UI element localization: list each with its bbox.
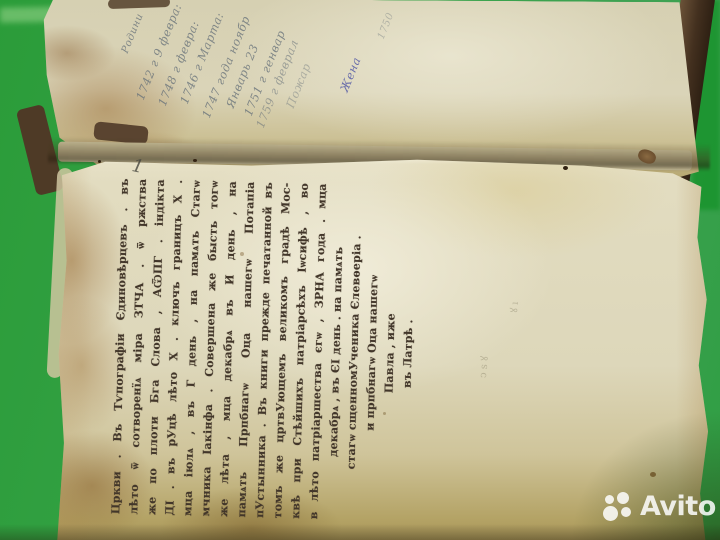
ink-bleed-mark: ꙋ ı: [506, 301, 521, 313]
foxing-speck: [98, 160, 101, 163]
printed-colophon-text: Цркви . Въ Тѵпографіи Єдиновѣрцевъ . въл…: [107, 178, 422, 522]
avito-watermark: Avito: [603, 492, 716, 522]
foxing-speck: [650, 472, 656, 477]
photo-antique-book: Родини1742 г 9 февра:1748 г февра:1746 г…: [0, 0, 720, 540]
foxing-speck: [383, 412, 386, 415]
foxing-speck: [193, 159, 197, 162]
avito-watermark-text: Avito: [640, 492, 716, 522]
ink-bleed-mark: ͻ ѕ ꙋ: [475, 356, 491, 379]
foxing-speck: [240, 252, 244, 256]
foxing-speck: [563, 166, 568, 170]
avito-logo-icon: [603, 492, 635, 522]
